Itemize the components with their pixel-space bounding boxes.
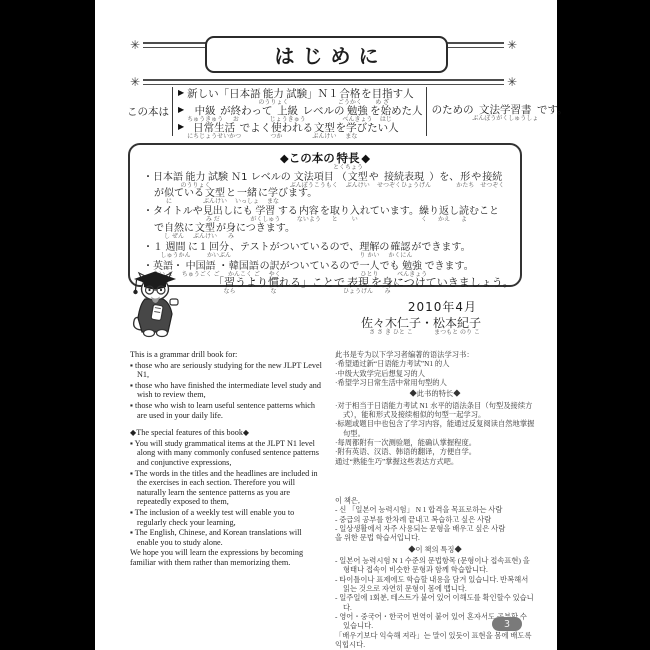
en-intro: This is a grammar drill book for: (130, 350, 324, 360)
intro-suffix: のための文法学習書ぶんぽうがくしゅうしょです。 (432, 102, 568, 121)
bracket-right-icon (426, 87, 427, 136)
target-reader-item: ▶ 新しい「日本語能力のうりょく試験」Ｎ１合格ごうかくを目指め ざす人 (176, 86, 423, 103)
ko-features-title: ◆이 책의 특징◆ (335, 545, 535, 554)
asian-translation-column: 此书是专为以下学习者编著的语法学习书： ·希望通过新“日语能力考试”N1 的人 … (335, 350, 535, 649)
book-page: ✳ ✳ はじめに ✳ ✳ この本は ▶ 新しい「日本語能力のうりょく試験」Ｎ１合… (95, 0, 557, 650)
publication-date: 2010年4月 (408, 298, 477, 315)
zh-item: ·希望通过新“日语能力考试”N1 的人 (335, 359, 535, 368)
star-ornament-icon: ✳ (507, 39, 517, 51)
ko-feature: - 일주일에 1회분, 테스트가 붙어 있어 이해도를 확인할수 있습니다. (335, 593, 535, 612)
triangle-bullet-icon: ▶ (178, 89, 184, 97)
translation-columns: This is a grammar drill book for: ▪ thos… (130, 350, 535, 649)
zh-feature: ·对于相当于日语能力考试 N1 水平的语法条目（句型及接续方式），能和形式及接续… (335, 401, 535, 420)
star-ornament-icon: ✳ (130, 39, 140, 51)
ko-outro: 「배우기보다 익숙해 져라」는 말이 있듯이 표현을 몸에 배도록 익힙시다. (335, 631, 535, 650)
double-rule (143, 79, 504, 85)
en-item: ▪ those who have finished the intermedia… (130, 381, 324, 400)
en-feature: ▪ The English, Chinese, and Korean trans… (130, 528, 324, 547)
zh-feature: ·每周都附有一次测验题，能确认掌握程度。 (335, 438, 535, 447)
features-title: ◆この本の特長とくちょう◆ (143, 150, 507, 170)
page-title: はじめに (205, 36, 448, 73)
triangle-bullet-icon: ▶ (178, 106, 184, 114)
english-translation-column: This is a grammar drill book for: ▪ thos… (130, 350, 324, 649)
triangle-bullet-icon: ▶ (178, 123, 184, 131)
target-reader-item: ▶ 日常生活にちじょうせいかつでよく使つかわれる文型ぶんけいを学まなびたい人 (176, 120, 423, 137)
ko-item: - 중급의 공부를 한차례 끝내고 복습하고 싶은 사람 (335, 515, 535, 524)
ko-feature: - 타이틀이나 표제에도 학습할 내용을 담겨 있습니다. 반복해서 읽는 것으… (335, 575, 535, 594)
intro-block: この本は ▶ 新しい「日本語能力のうりょく試験」Ｎ１合格ごうかくを目指め ざす人… (127, 86, 551, 137)
ko-items-suffix: 을 위한 문법 학습서입니다. (335, 533, 535, 542)
zh-feature: ·附有英语、汉语、韩语的翻译，方便自学。 (335, 447, 535, 456)
zh-feature: ·标题或题目中也包含了学习内容，能通过反复阅读自然地掌握句型。 (335, 419, 535, 438)
target-reader-list: ▶ 新しい「日本語能力のうりょく試験」Ｎ１合格ごうかくを目指め ざす人 ▶ 中級… (176, 86, 423, 137)
zh-intro: 此书是专为以下学习者编著的语法学习书： (335, 350, 535, 359)
zh-outro: 通过“熟能生巧”掌握这些表达方式吧。 (335, 457, 535, 466)
author-names: 佐々木仁子さ さ き ひと こ・松本紀子まつもと のり こ (361, 314, 481, 336)
en-feature: ▪ The words in the titles and the headli… (130, 469, 324, 507)
graduate-cat-mascot-icon (123, 270, 187, 344)
en-features-title: ◆The special features of this book◆ (130, 428, 324, 438)
en-feature: ▪ The inclusion of a weekly test will en… (130, 508, 324, 527)
ko-intro: 이 책은, (335, 496, 535, 505)
feature-item: ・１週間しゅうかんに１回分かいぶん、テストがついているので、理解り かいの確認か… (143, 240, 507, 259)
en-item: ▪ those who are seriously studying for t… (130, 361, 324, 380)
zh-features-title: ◆此书的特长◆ (335, 389, 535, 398)
zh-item: ·希望学习日常生活中常用句型的人 (335, 378, 535, 387)
chinese-translation: 此书是专为以下学习者编著的语法学习书： ·希望通过新“日语能力考试”N1 的人 … (335, 350, 535, 466)
en-outro: We hope you will learn the expressions b… (130, 548, 324, 567)
target-reader-item: ▶ 中級ちゅうきゅうが終おわって上級じょうきゅうレベルの勉強べんきょうを始はじめ… (176, 103, 423, 120)
page-number-badge: 3 (492, 617, 522, 631)
bracket-left-icon (172, 87, 173, 136)
intro-prefix: この本は (127, 104, 169, 119)
ko-item: - 일상생활에서 자주 사용되는 문형을 배우고 싶은 사람 (335, 524, 535, 533)
slogan-text: 「習ならうより慣なれる」ことで表現ひょうげんを身みにつけていきましょう。 (213, 274, 514, 294)
en-item: ▪ those who wish to learn useful sentenc… (130, 401, 324, 420)
ko-feature: - 일본어 능력시험 N 1 수준의 문법항목 (문형이나 접속표현) 을 형태… (335, 556, 535, 575)
feature-item: ・タイトルや見出み だしにも学習がくしゅうする内容ないようを取とり入いれています… (143, 204, 507, 240)
en-feature: ▪ You will study grammatical items at th… (130, 439, 324, 468)
feature-item: ・日本語能力のうりょく試験 Ｎ1 レベルの文法項目ぶんぽうこうもく（文型ぶんけい… (143, 170, 507, 204)
zh-item: ·中级大致学完后想复习的人 (335, 369, 535, 378)
features-box: ◆この本の特長とくちょう◆ ・日本語能力のうりょく試験 Ｎ1 レベルの文法項目ぶ… (128, 143, 522, 287)
target-reader-text: 日常生活にちじょうせいかつでよく使つかわれる文型ぶんけいを学まなびたい人 (187, 120, 399, 139)
ko-item: - 신 「일본어 능력시험」 N 1 합격을 목표로하는 사람 (335, 505, 535, 514)
